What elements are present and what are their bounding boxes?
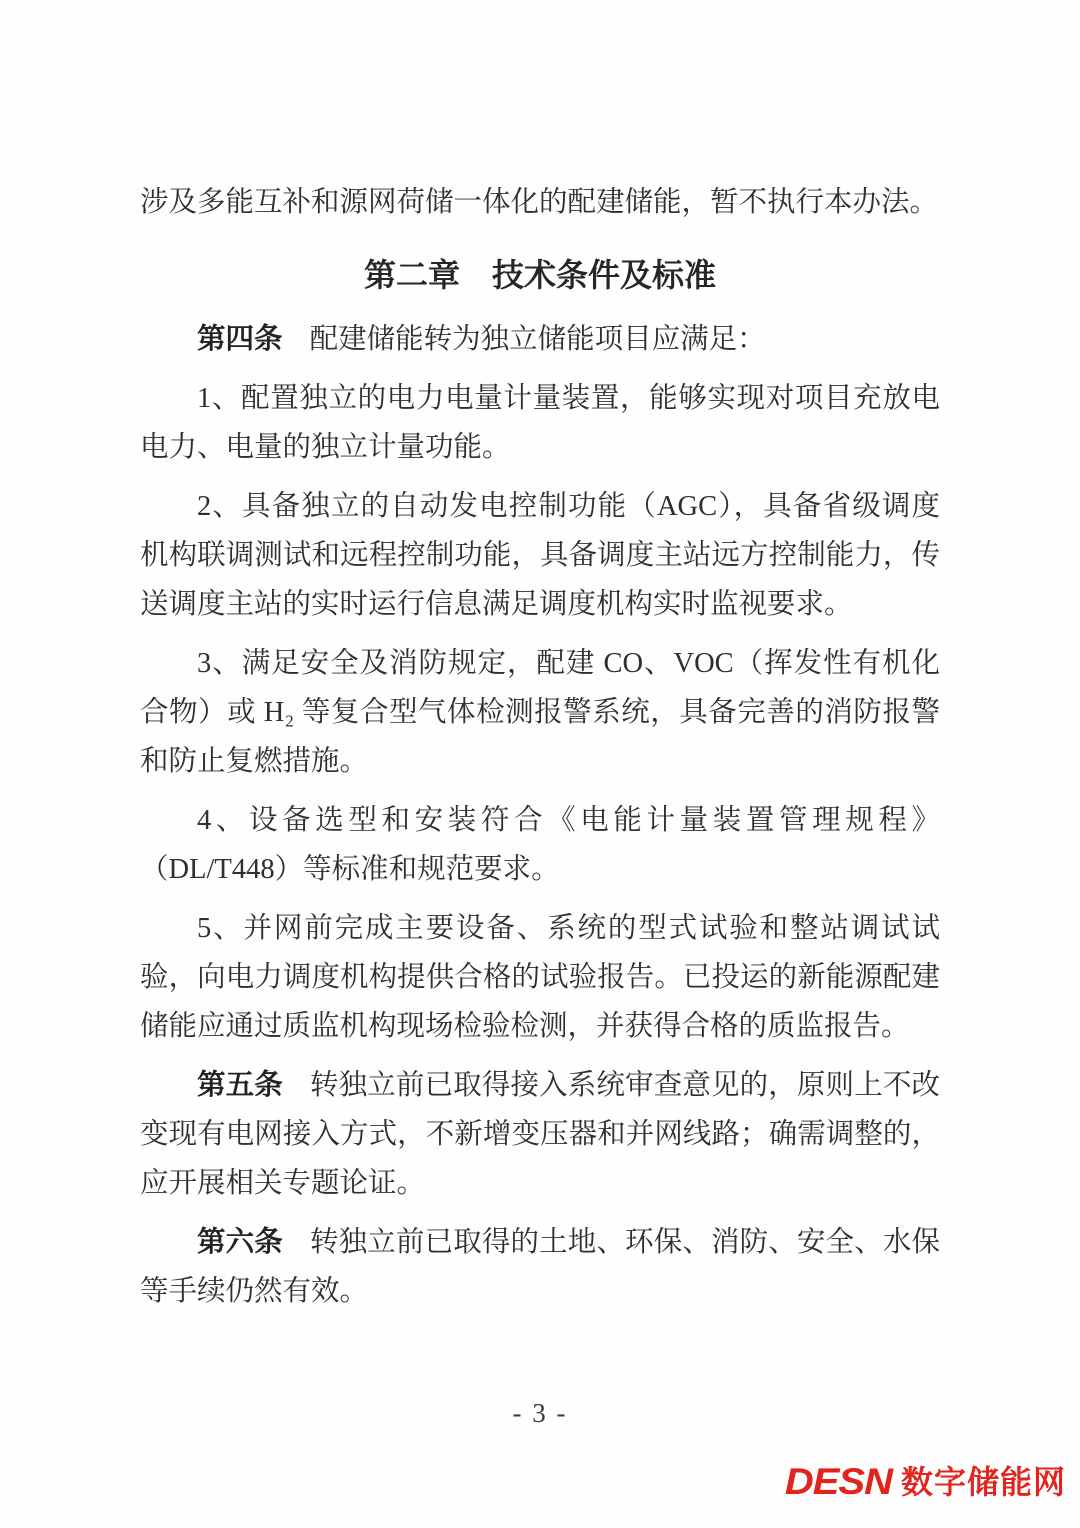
paragraph-text: 4、设备选型和安装符合《电能计量装置管理规程》（DL/T448）等标准和规范要求… — [140, 805, 940, 885]
article-number-label: 第六条 — [197, 1226, 283, 1258]
paragraph-article-4: 第四条配建储能转为独立储能项目应满足： — [140, 315, 940, 364]
chapter-heading: 第二章 技术条件及标准 — [140, 253, 940, 297]
paragraph-text: 3、满足安全及消防规定，配建 CO、VOC（挥发性有机化合物）或 H₂ 等复合型… — [140, 648, 940, 777]
paragraph-item-3: 3、满足安全及消防规定，配建 CO、VOC（挥发性有机化合物）或 H₂ 等复合型… — [140, 639, 940, 786]
document-body: 涉及多能互补和源网荷储一体化的配建储能，暂不执行本办法。 第二章 技术条件及标准… — [0, 0, 1080, 1316]
brand-logo: DESN 数字储能网 — [785, 1462, 1066, 1502]
document-page: 涉及多能互补和源网荷储一体化的配建储能，暂不执行本办法。 第二章 技术条件及标准… — [0, 0, 1080, 1528]
paragraph-item-4: 4、设备选型和安装符合《电能计量装置管理规程》（DL/T448）等标准和规范要求… — [140, 796, 940, 894]
paragraph-article-5: 第五条转独立前已取得接入系统审查意见的，原则上不改变现有电网接入方式，不新增变压… — [140, 1061, 940, 1208]
paragraph-item-2: 2、具备独立的自动发电控制功能（AGC），具备省级调度机构联调测试和远程控制功能… — [140, 482, 940, 629]
page-number: - 3 - — [0, 1398, 1080, 1429]
article-number-label: 第四条 — [197, 323, 283, 355]
paragraph-text: 5、并网前完成主要设备、系统的型式试验和整站调试试验，向电力调度机构提供合格的试… — [140, 913, 940, 1042]
paragraph-text: 2、具备独立的自动发电控制功能（AGC），具备省级调度机构联调测试和远程控制功能… — [140, 491, 940, 620]
paragraph-text: 1、配置独立的电力电量计量装置，能够实现对项目充放电电力、电量的独立计量功能。 — [140, 383, 940, 463]
brand-logo-cjk: 数字储能网 — [901, 1466, 1066, 1498]
intro-paragraph: 涉及多能互补和源网荷储一体化的配建储能，暂不执行本办法。 — [140, 178, 940, 227]
paragraph-item-1: 1、配置独立的电力电量计量装置，能够实现对项目充放电电力、电量的独立计量功能。 — [140, 374, 940, 472]
brand-logo-latin: DESN — [785, 1464, 892, 1501]
article-number-label: 第五条 — [197, 1069, 283, 1101]
paragraph-article-6: 第六条转独立前已取得的土地、环保、消防、安全、水保等手续仍然有效。 — [140, 1218, 940, 1316]
paragraph-item-5: 5、并网前完成主要设备、系统的型式试验和整站调试试验，向电力调度机构提供合格的试… — [140, 904, 940, 1051]
paragraph-text: 配建储能转为独立储能项目应满足： — [310, 324, 766, 355]
